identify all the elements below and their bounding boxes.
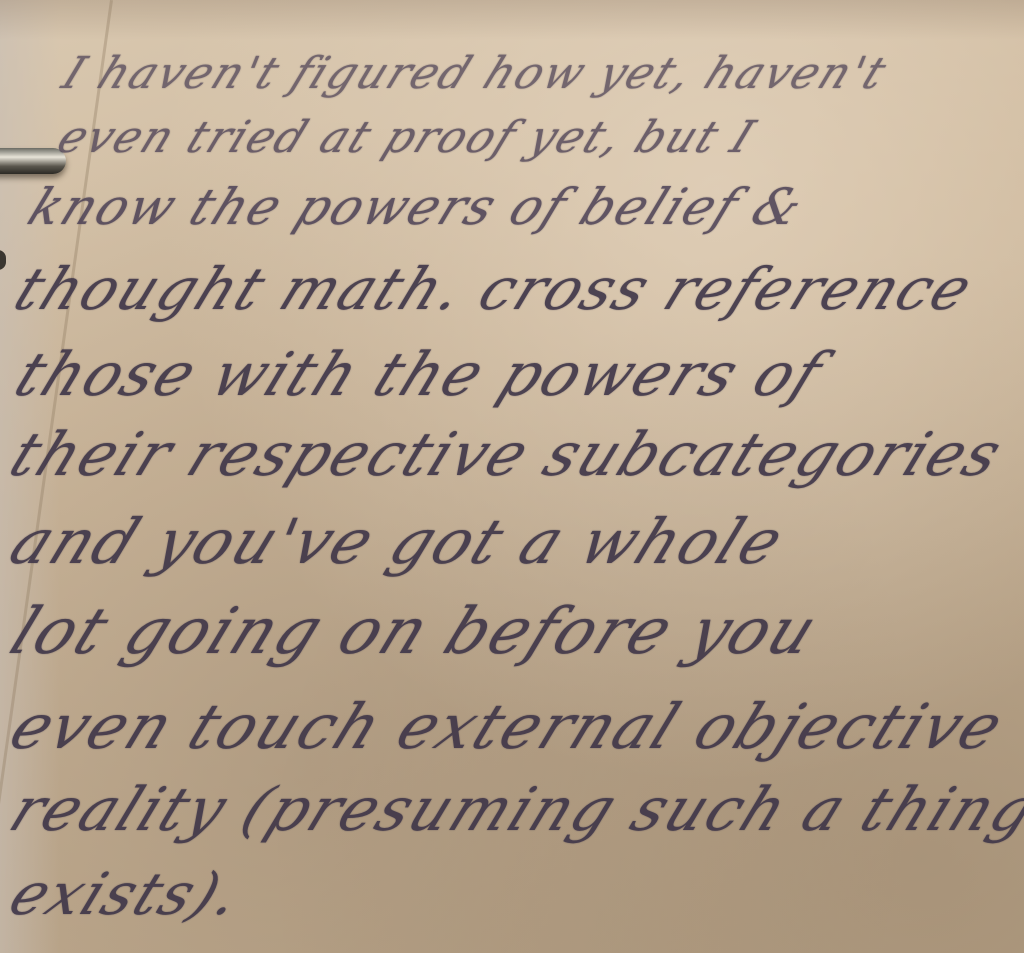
handwritten-note-photo: I haven't figured how yet, haven't even … [0,0,1024,953]
top-shadow [0,0,1024,40]
handwritten-line-5: those with the powers of [5,340,834,410]
handwritten-line-9: even touch external objective [0,690,1016,763]
handwritten-line-11: exists). [0,860,253,928]
handwritten-line-4: thought math. cross reference [5,255,984,323]
handwritten-line-1: I haven't figured how yet, haven't [55,48,895,99]
handwritten-line-6: their respective subcategories [0,420,1013,490]
handwritten-line-7: and you've got a whole [0,505,796,578]
handwritten-line-2: even tried at proof yet, but I [50,112,763,163]
handwritten-line-8: lot going on before you [0,595,829,669]
handwritten-line-10: reality (presuming such a thing [0,775,1024,845]
handwritten-line-3: know the powers of belief & [20,178,813,236]
